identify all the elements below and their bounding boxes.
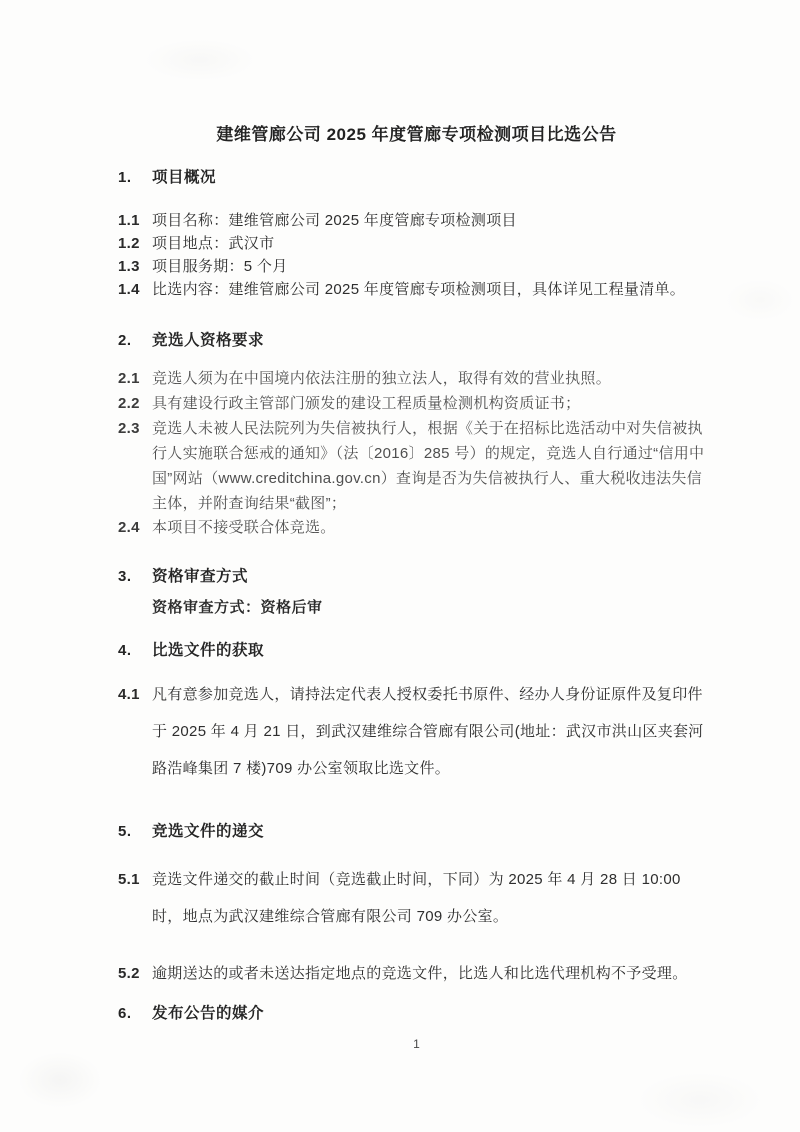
section-5-heading: 5. 竞选文件的递交 [118,819,715,841]
section-2-heading: 2. 竞选人资格要求 [118,328,715,350]
item-2-3-number: 2.3 [118,416,152,441]
item-1-3-number: 1.3 [118,255,152,278]
section-3-number: 3. [118,568,152,585]
section-4-number: 4. [118,642,152,659]
item-4-1-text: 凡有意参加竞选人，请持法定代表人授权委托书原件、经办人身份证原件及复印件于 20… [152,676,715,787]
section-6-heading: 6. 发布公告的媒介 [118,1001,715,1023]
section-5-number: 5. [118,823,152,840]
item-1-2-text: 项目地点：武汉市 [152,232,715,255]
item-2-2-text: 具有建设行政主管部门颁发的建设工程质量检测机构资质证书； [152,391,715,416]
document-page: 建维管廊公司 2025 年度管廊专项检测项目比选公告 1. 项目概况 1.1 项… [0,0,800,1132]
item-5-1-number: 5.1 [118,861,152,898]
item-1-1-number: 1.1 [118,209,152,232]
item-2-3: 2.3 竞选人未被人民法院列为失信被执行人，根据《关于在招标比选活动中对失信被执… [118,416,715,516]
section-2-number: 2. [118,332,152,349]
page-number: 1 [118,1037,715,1051]
section-3-title: 资格审查方式 [152,564,248,586]
section-4-heading: 4. 比选文件的获取 [118,638,715,660]
item-1-3: 1.3 项目服务期：5 个月 [118,255,715,278]
section-1-title: 项目概况 [152,165,216,187]
section-6-number: 6. [118,1005,152,1022]
section-3-body: 资格审查方式：资格后审 [152,598,715,618]
item-5-2: 5.2 逾期送达的或者未送达指定地点的竞选文件，比选人和比选代理机构不予受理。 [118,961,715,986]
item-1-4: 1.4 比选内容：建维管廊公司 2025 年度管廊专项检测项目，具体详见工程量清… [118,278,715,301]
section-2-title: 竞选人资格要求 [152,328,264,350]
item-5-2-text: 逾期送达的或者未送达指定地点的竞选文件，比选人和比选代理机构不予受理。 [152,961,715,986]
section-3-heading: 3. 资格审查方式 [118,564,715,586]
item-5-1: 5.1 竞选文件递交的截止时间（竞选截止时间，下同）为 2025 年 4 月 2… [118,861,715,935]
item-1-4-text: 比选内容：建维管廊公司 2025 年度管廊专项检测项目，具体详见工程量清单。 [152,278,715,301]
section-5-title: 竞选文件的递交 [152,819,264,841]
item-1-1: 1.1 项目名称：建维管廊公司 2025 年度管廊专项检测项目 [118,209,715,232]
item-5-2-number: 5.2 [118,961,152,986]
item-1-4-number: 1.4 [118,278,152,301]
item-2-4: 2.4 本项目不接受联合体竞选。 [118,516,715,539]
item-1-3-text: 项目服务期：5 个月 [152,255,715,278]
item-1-2: 1.2 项目地点：武汉市 [118,232,715,255]
section-1-number: 1. [118,169,152,186]
document-content: 建维管廊公司 2025 年度管廊专项检测项目比选公告 1. 项目概况 1.1 项… [0,0,800,1051]
item-2-3-text: 竞选人未被人民法院列为失信被执行人，根据《关于在招标比选活动中对失信被执行人实施… [152,416,715,516]
item-2-1-text: 竞选人须为在中国境内依法注册的独立法人，取得有效的营业执照。 [152,366,715,391]
item-1-1-text: 项目名称：建维管廊公司 2025 年度管廊专项检测项目 [152,209,715,232]
item-2-2: 2.2 具有建设行政主管部门颁发的建设工程质量检测机构资质证书； [118,391,715,416]
item-5-1-text: 竞选文件递交的截止时间（竞选截止时间，下同）为 2025 年 4 月 28 日 … [152,861,715,935]
section-6-title: 发布公告的媒介 [152,1001,264,1023]
section-4-title: 比选文件的获取 [152,638,264,660]
item-2-2-number: 2.2 [118,391,152,416]
item-2-4-text: 本项目不接受联合体竞选。 [152,516,715,539]
item-2-4-number: 2.4 [118,516,152,539]
page-title: 建维管廊公司 2025 年度管廊专项检测项目比选公告 [118,120,715,145]
item-1-2-number: 1.2 [118,232,152,255]
item-4-1: 4.1 凡有意参加竞选人，请持法定代表人授权委托书原件、经办人身份证原件及复印件… [118,676,715,787]
item-4-1-number: 4.1 [118,676,152,713]
item-2-1: 2.1 竞选人须为在中国境内依法注册的独立法人，取得有效的营业执照。 [118,366,715,391]
item-2-1-number: 2.1 [118,366,152,391]
section-1-heading: 1. 项目概况 [118,165,715,187]
